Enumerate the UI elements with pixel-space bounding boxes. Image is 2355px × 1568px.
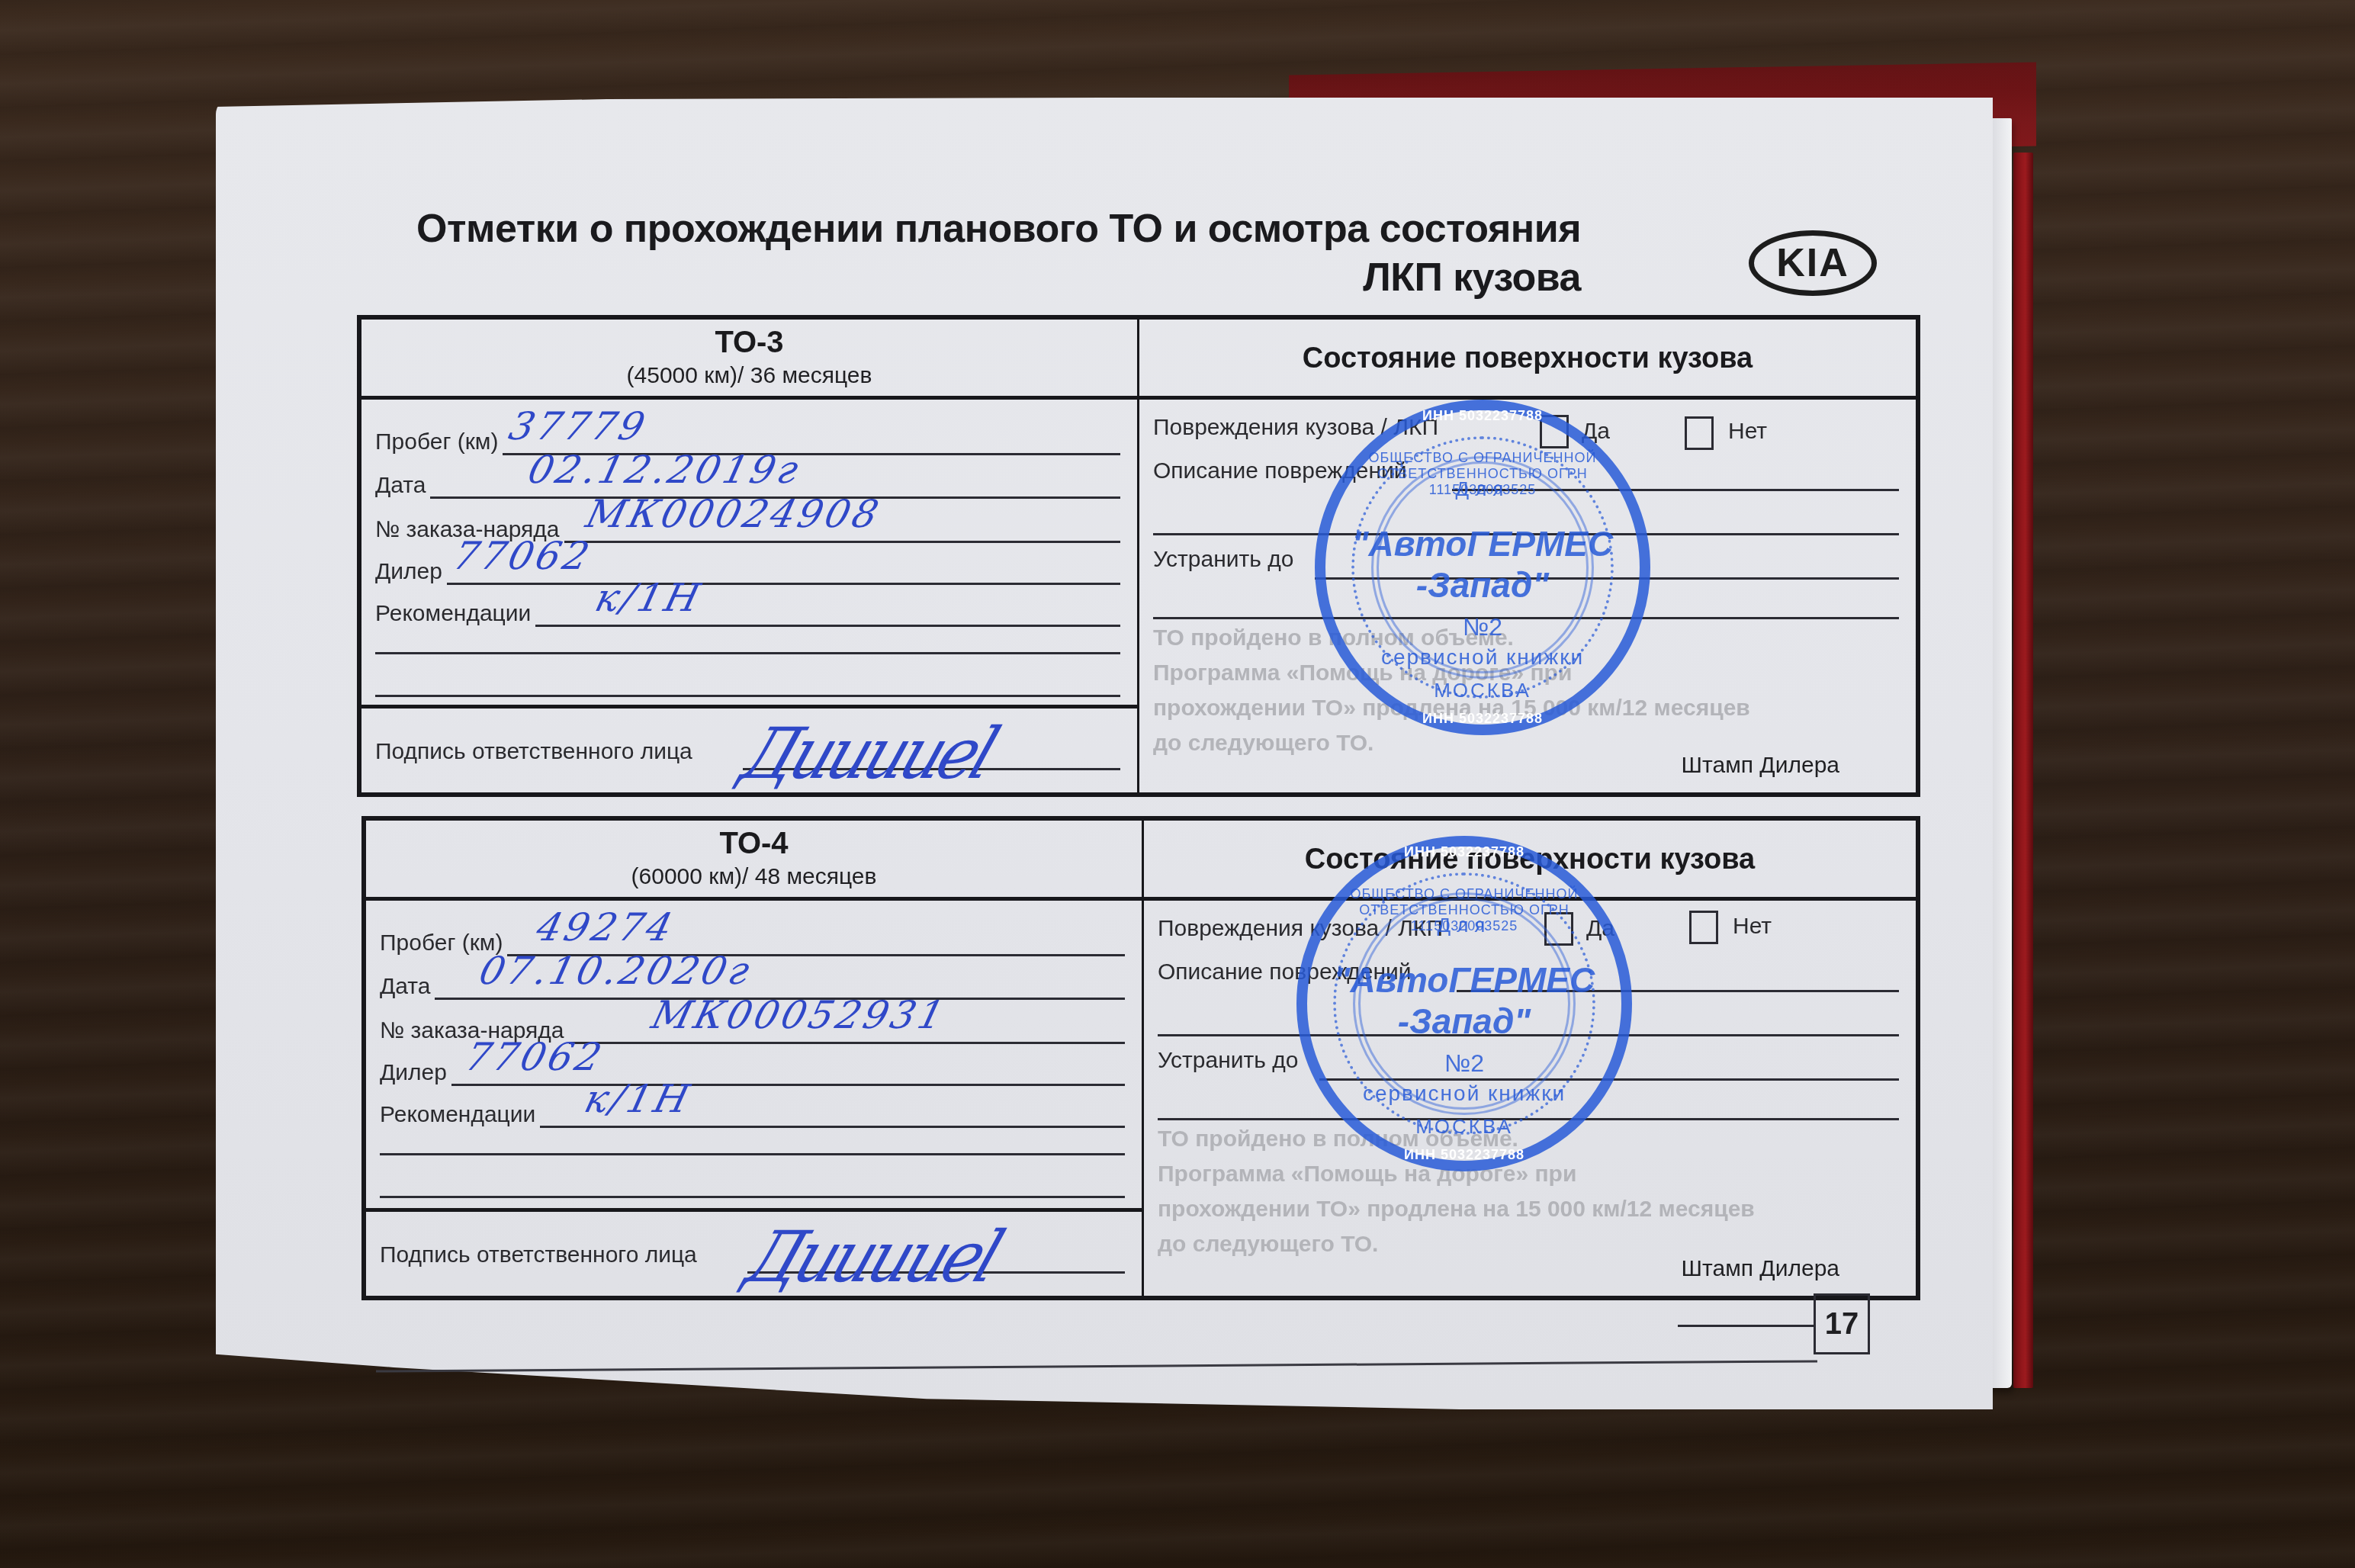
page-number-rule [1678,1325,1814,1327]
book-cover-edge [2013,153,2033,1388]
recommendations-value: к/1Н [580,1077,697,1121]
damage-no-checkbox[interactable] [1689,911,1718,944]
service-entry-to3: ТО-3 (45000 км)/ 36 месяцев Пробег (км) … [357,315,1920,797]
signature-mark: Дuuuuel [736,1216,1010,1298]
dealer-value: 77062 [461,1035,609,1079]
service-interval: (45000 км)/ 36 месяцев [361,363,1137,389]
signature-row[interactable]: Подпись ответственного лица Дuuuuel [361,705,1137,792]
service-title: ТО-4 [366,827,1142,861]
service-header: ТО-4 (60000 км)/ 48 месяцев [366,821,1142,901]
service-title: ТО-3 [361,326,1137,360]
dealer-stamp-label: Штамп Дилера [1682,1256,1839,1282]
recommendations-field[interactable]: Рекомендации к/1Н [380,1090,1125,1128]
date-value: 02.12.2019г [524,448,806,492]
mileage-value: 37779 [505,404,653,448]
service-details: ТО-4 (60000 км)/ 48 месяцев Пробег (км) … [366,821,1144,1296]
signature-row[interactable]: Подпись ответственного лица Дuuuuel [366,1208,1142,1296]
order-number-value: МК00052931 [647,993,951,1037]
recommendations-field[interactable]: Рекомендации к/1Н [375,589,1120,627]
service-entry-to4: ТО-4 (60000 км)/ 48 месяцев Пробег (км) … [361,816,1920,1300]
recommendations-line [380,1196,1125,1198]
page-number: 17 [1814,1293,1870,1354]
service-details: ТО-3 (45000 км)/ 36 месяцев Пробег (км) … [361,320,1139,792]
service-interval: (60000 км)/ 48 месяцев [366,864,1142,890]
order-number-value: МК00024908 [581,492,885,536]
mileage-value: 49274 [532,905,680,949]
kia-logo-icon: KIA [1749,230,1877,296]
dealer-stamp: ИНН 5032237788 ОБЩЕСТВО С ОГРАНИЧЕННОЙ О… [1296,836,1632,1171]
surface-condition: Состояние поверхности кузова Повреждения… [1144,821,1916,1296]
dealer-value: 77062 [449,534,597,578]
date-value: 07.10.2020г [475,949,757,993]
recommendations-line [380,1153,1125,1155]
page-title: Отметки о прохождении планового ТО и осм… [416,204,1581,302]
dealer-stamp: ИНН 5032237788 ОБЩЕСТВО С ОГРАНИЧЕННОЙ О… [1315,400,1650,735]
recommendations-value: к/1Н [591,576,708,620]
service-header: ТО-3 (45000 км)/ 36 месяцев [361,320,1137,400]
dealer-stamp-label: Штамп Дилера [1682,753,1839,779]
surface-condition: Состояние поверхности кузова Повреждения… [1139,320,1916,792]
dealer-field[interactable]: Дилер 77062 [380,1048,1125,1086]
dealer-field[interactable]: Дилер 77062 [375,547,1120,585]
signature-mark: Дuuuuel [731,712,1005,795]
recommendations-line [375,652,1120,654]
surface-header: Состояние поверхности кузова [1139,320,1916,400]
recommendations-line [375,695,1120,697]
damage-no-checkbox[interactable] [1685,416,1714,450]
